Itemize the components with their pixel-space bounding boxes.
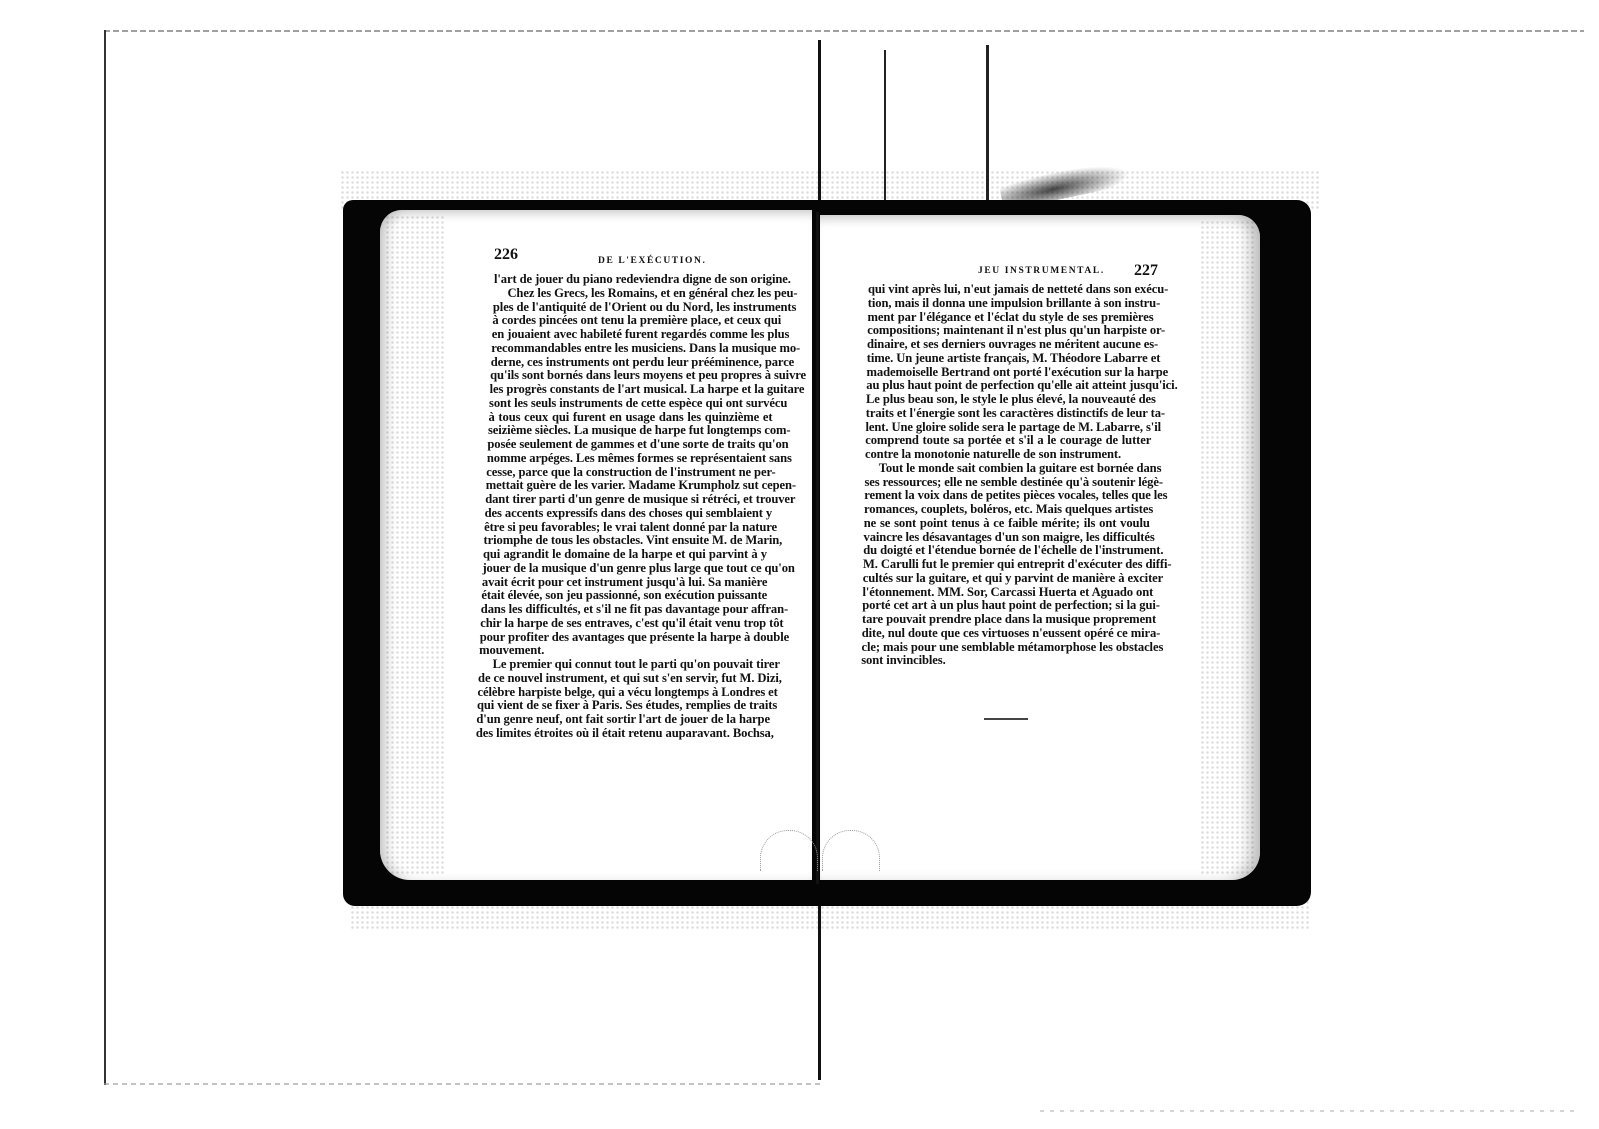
text-line: d'un genre neuf, ont fait sortir l'art d… <box>476 712 760 727</box>
text-line: mademoiselle Bertrand ont porté l'exécut… <box>867 365 1153 380</box>
text-line: contre la monotonie naturelle de son ins… <box>865 447 1151 462</box>
page-speckle-left <box>385 215 445 875</box>
scan-frame-bottom <box>104 1083 824 1085</box>
text-line: cultés sur la guitare, et qui y parvint … <box>863 571 1149 586</box>
text-line: être si peu favorables; le vrai talent d… <box>484 520 768 535</box>
text-line: vaincre les désavantages d'un son maigre… <box>864 530 1150 545</box>
text-line: dant tirer parti d'un genre de musique s… <box>485 492 769 507</box>
text-line: comprend toute sa portée et s'il a le co… <box>865 433 1151 448</box>
text-line: chir la harpe de ses entraves, c'est qu'… <box>480 616 764 631</box>
text-line: qui vint après lui, n'eut jamais de nett… <box>868 282 1154 297</box>
text-line: sont invincibles. <box>861 653 1147 668</box>
text-line: rement la voix dans de petites pièces vo… <box>864 488 1150 503</box>
text-line: du doigté et l'étendue bornée de l'échel… <box>863 543 1149 558</box>
text-line: porté cet art à un plus haut point de pe… <box>862 598 1148 613</box>
book-tab-left <box>884 50 886 200</box>
text-line: de ce nouvel instrument, et qui sut s'en… <box>478 671 762 686</box>
text-line: dans les difficultés, et s'il ne fit pas… <box>481 602 765 617</box>
text-line: Le plus beau son, le style le plus élevé… <box>866 392 1152 407</box>
text-line: Le premier qui connut tout le parti qu'o… <box>493 657 763 672</box>
text-line: posée seulement de gammes et d'une sorte… <box>487 437 771 452</box>
text-line: lent. Une gloire solide sera le partage … <box>866 420 1152 435</box>
text-line: jouer de la musique d'un genre plus larg… <box>482 561 766 576</box>
text-line: au plus haut point de perfection qu'elle… <box>866 378 1152 393</box>
text-line: des limites étroites où il était retenu … <box>476 726 760 741</box>
scan-frame-left <box>104 30 106 1085</box>
text-line: mouvement. <box>479 643 763 658</box>
text-line: cesse, parce que la construction de l'in… <box>486 465 770 480</box>
text-line: tare pouvait prendre place dans la musiq… <box>862 612 1148 627</box>
text-line: tion, mais il donna une impulsion brilla… <box>868 296 1154 311</box>
text-line: ment par l'élégance et l'éclat du style … <box>868 310 1154 325</box>
text-line: nomme arpéges. Les mêmes formes se repré… <box>487 451 771 466</box>
right-running-head: JEU INSTRUMENTAL. <box>978 266 1105 276</box>
text-line: les progrès constants de l'art musical. … <box>490 382 774 397</box>
text-line: triomphe de tous les obstacles. Vint ens… <box>484 533 768 548</box>
text-line: ses ressources; elle ne semble destinée … <box>865 475 1151 490</box>
text-line: mettait guère de les varier. Madame Krum… <box>486 478 770 493</box>
text-line: dinaire, et ses derniers ouvrages ne mér… <box>867 337 1153 352</box>
text-line: seizième siècles. La musique de harpe fu… <box>488 423 772 438</box>
text-line: time. Un jeune artiste français, M. Théo… <box>867 351 1153 366</box>
text-line: dite, nul doute que ces virtuoses n'euss… <box>862 626 1148 641</box>
left-running-head: DE L'EXÉCUTION. <box>598 256 706 266</box>
text-line: à tous ceux qui furent en usage dans les… <box>489 410 773 425</box>
page-speckle-right <box>1200 220 1255 875</box>
left-page-number: 226 <box>494 246 518 264</box>
text-line: qui vient de se fixer à Paris. Ses étude… <box>477 698 761 713</box>
end-of-chapter-rule <box>984 718 1028 720</box>
text-line: compositions; maintenant il n'est plus q… <box>867 323 1153 338</box>
text-line: en jouaient avec habileté furent regardé… <box>492 327 776 342</box>
text-line: Chez les Grecs, les Romains, et en génér… <box>507 286 777 301</box>
text-line: avait écrit pour cet instrument jusqu'à … <box>482 575 766 590</box>
text-line: Tout le monde sait combien la guitare es… <box>879 461 1151 476</box>
text-line: romances, couplets, boléros, etc. Mais q… <box>864 502 1150 517</box>
text-line: célèbre harpiste belge, qui a vécu longt… <box>478 685 762 700</box>
text-line: à cordes pincées ont tenu la première pl… <box>492 313 776 328</box>
scan-frame-bottom-right <box>1040 1110 1580 1112</box>
right-page-number: 227 <box>1134 262 1158 280</box>
text-line: l'art de jouer du piano redeviendra dign… <box>494 272 778 287</box>
text-line: qui agrandit le domaine de la harpe et q… <box>483 547 767 562</box>
book-tab-right <box>986 45 989 205</box>
text-line: pour profiter des avantages que présente… <box>480 630 764 645</box>
text-line: derne, ces instruments ont perdu leur pr… <box>491 355 775 370</box>
gutter <box>816 212 819 884</box>
text-line: recommandables entre les musiciens. Dans… <box>491 341 775 356</box>
text-line: qu'ils sont bornés dans leurs moyens et … <box>490 368 774 383</box>
text-line: ples de l'antiquité de l'Orient ou du No… <box>493 300 777 315</box>
text-line: traits et l'énergie sont les caractères … <box>866 406 1152 421</box>
text-line: cle; mais pour une semblable métamorphos… <box>862 640 1148 655</box>
text-line: M. Carulli fut le premier qui entreprit … <box>863 557 1149 572</box>
scan-frame-top <box>104 30 1584 32</box>
text-line: l'étonnement. MM. Sor, Carcassi Huerta e… <box>863 585 1149 600</box>
text-line: ne se sont point tenus à ce faible mérit… <box>864 516 1150 531</box>
text-line: des accents expressifs dans des choses q… <box>485 506 769 521</box>
text-line: était élevée, son jeu passionné, son exé… <box>481 588 765 603</box>
text-line: sont les seuls instruments de cette espè… <box>489 396 773 411</box>
